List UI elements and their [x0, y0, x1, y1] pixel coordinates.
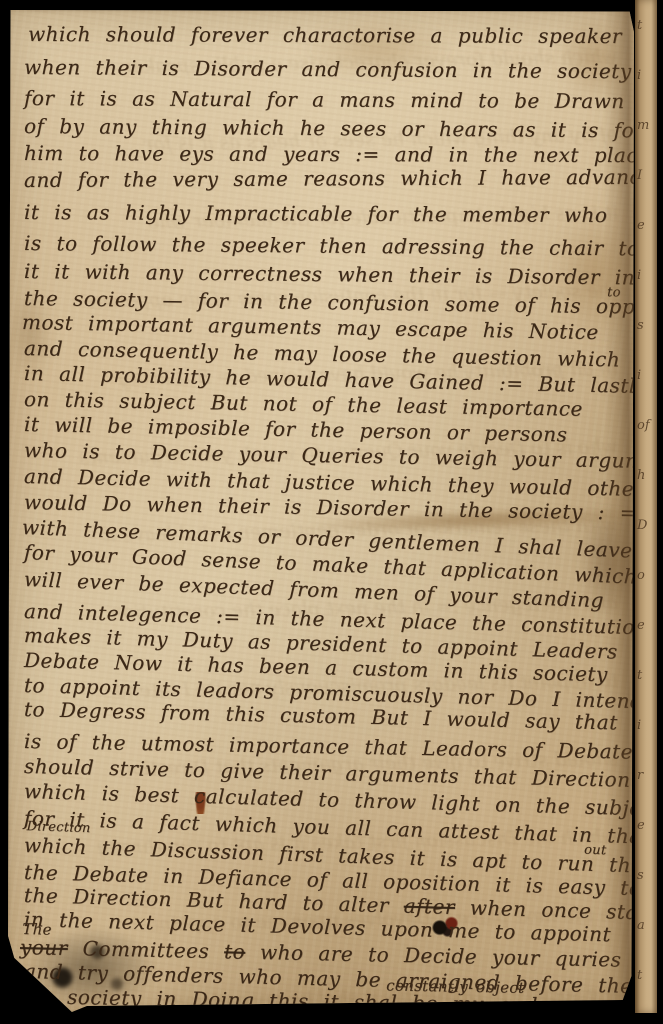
- facing-page-text-fragment: of: [637, 418, 650, 433]
- manuscript-line: it it with any correctness when their is…: [24, 259, 634, 289]
- facing-page-text-fragment: I: [637, 168, 642, 183]
- line-text: it it with any correctness when their is…: [24, 259, 634, 289]
- inserted-word: The: [22, 920, 52, 939]
- inserted-word: Direction: [26, 819, 91, 836]
- line-text: of by any thing which he sees or hears a…: [24, 114, 634, 142]
- facing-page-text-fragment: t: [637, 968, 642, 983]
- struck-word: your: [20, 935, 68, 960]
- facing-page-text-fragment: o: [637, 568, 645, 583]
- line-text: and for the very same reasons which I ha…: [24, 165, 634, 192]
- scan-background: timIeisiofhDoetiresat which should forev…: [0, 0, 663, 1024]
- facing-page-text-fragment: r: [637, 768, 643, 783]
- line-text: when their is Disorder and confusion in …: [24, 55, 632, 83]
- facing-page-text-fragment: s: [637, 868, 644, 883]
- facing-page-text-fragment: s: [637, 318, 644, 333]
- facing-page-text-fragment: e: [637, 618, 645, 633]
- manuscript-line: is to follow the speeker then adressing …: [24, 231, 634, 261]
- line-text: it is as highly Impracticable for the me…: [24, 200, 608, 227]
- facing-page-text-fragment: t: [637, 18, 642, 33]
- inserted-word: constantly object: [386, 976, 524, 996]
- manuscript-line: which should forever charactorise a publ…: [28, 22, 622, 48]
- facing-page-text-fragment: t: [637, 668, 642, 683]
- struck-word: after: [403, 894, 455, 919]
- facing-page-text-fragment: m: [637, 118, 649, 133]
- manuscript-line: when their is Disorder and confusion in …: [24, 55, 632, 83]
- manuscript-line: it is as highly Impracticable for the me…: [24, 200, 608, 227]
- facing-page-text-fragment: e: [637, 818, 645, 833]
- struck-word: to: [224, 939, 246, 963]
- facing-page-text-fragment: i: [637, 68, 641, 83]
- inserted-word: out: [584, 843, 607, 859]
- facing-page-text-fragment: a: [637, 918, 645, 933]
- manuscript-line: for it is as Natural for a mans mind to …: [24, 86, 625, 113]
- manuscript-text: which should forever charactorise a publ…: [8, 10, 634, 1012]
- facing-page-edge: timIeisiofhDoetiresat: [635, 0, 657, 1013]
- line-text: him to have eys and years := and in the …: [24, 141, 634, 167]
- line-text: for it is as Natural for a mans mind to …: [24, 86, 625, 113]
- facing-page-text-fragment: i: [637, 368, 641, 383]
- manuscript-line: of by any thing which he sees or hears a…: [24, 114, 634, 142]
- line-text: is to follow the speeker then adressing …: [24, 231, 634, 261]
- line-text: which should forever charactorise a publ…: [28, 22, 622, 48]
- facing-page-text-fragment: h: [637, 468, 645, 483]
- facing-page-text-fragment: i: [637, 718, 641, 733]
- inserted-word: to: [607, 285, 621, 300]
- manuscript-line: the society in Doing this it shal be my …: [18, 984, 597, 1012]
- manuscript-line: and for the very same reasons which I ha…: [24, 165, 634, 192]
- facing-page-text-fragment: D: [637, 518, 647, 533]
- facing-page-text-fragment: e: [637, 218, 645, 233]
- manuscript-line: him to have eys and years := and in the …: [24, 141, 634, 167]
- line-text: Committees: [68, 936, 225, 963]
- manuscript-sheet: which should forever charactorise a publ…: [8, 10, 634, 1012]
- facing-page-text-fragment: i: [637, 268, 641, 283]
